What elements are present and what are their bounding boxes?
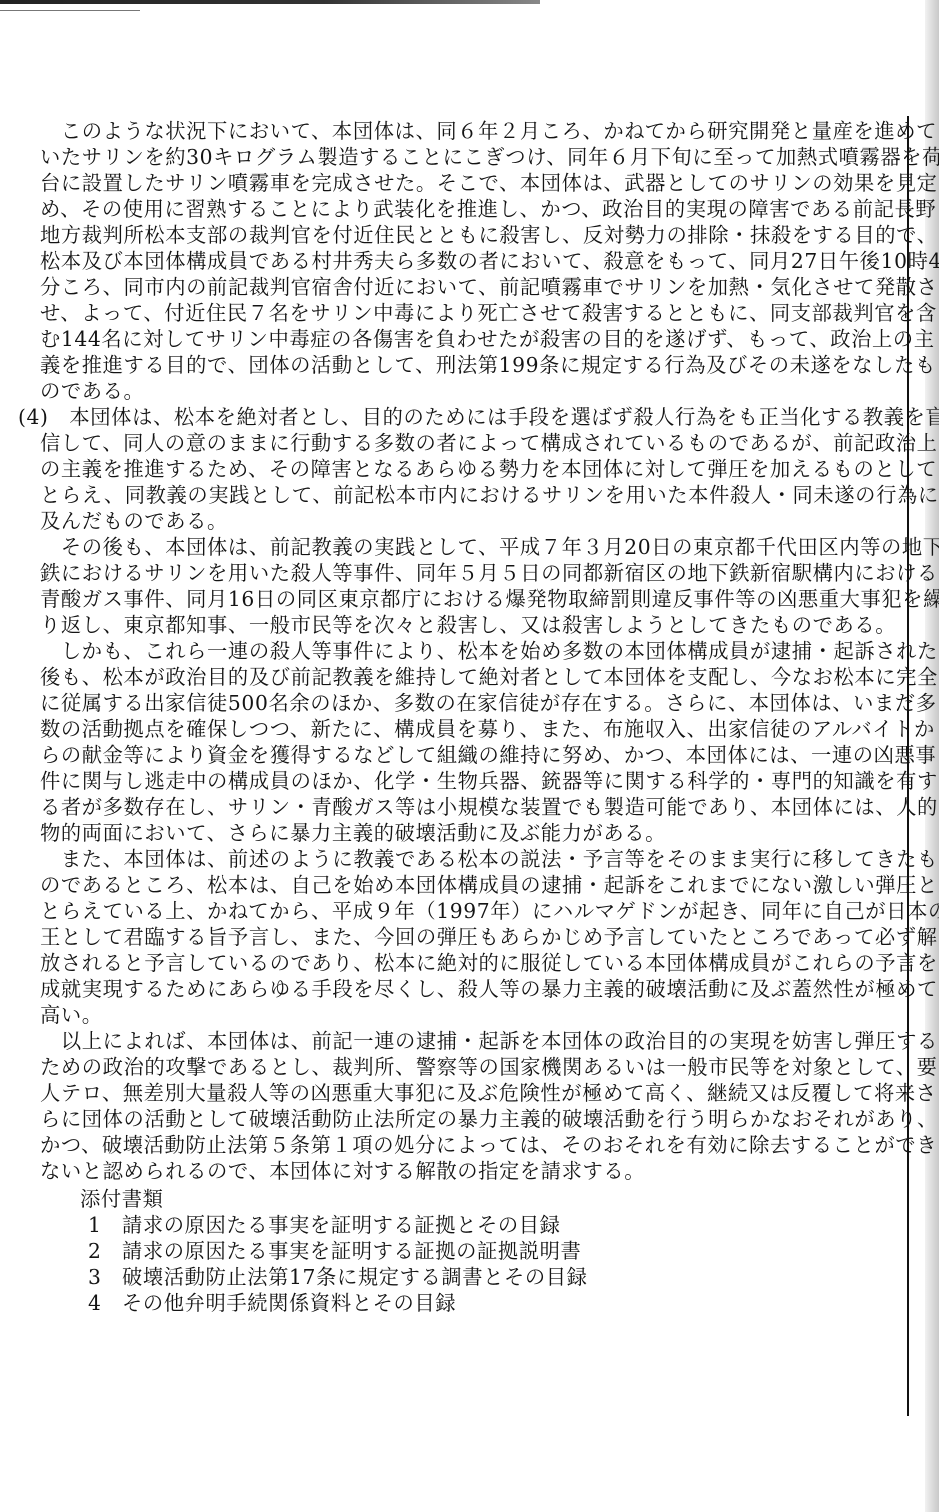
text-line: 王として君臨する旨予言し、また、今回の弾圧もあらかじめ予言していたところであって… xyxy=(40,924,906,950)
text-line: 鉄におけるサリンを用いた殺人等事件、同年５月５日の同都新宿区の地下鉄新宿駅構内に… xyxy=(40,560,906,586)
paragraph-organization-capacity: しかも、これら一連の殺人等事件により、松本を始め多数の本団体構成員が逮捕・起訴さ… xyxy=(40,638,906,846)
text-line: ないと認められるので、本団体に対する解散の指定を請求する。 xyxy=(40,1158,906,1184)
attachment-number: 3 xyxy=(88,1264,122,1290)
text-line: る者が多数存在し、サリン・青酸ガス等は小規模な装置でも製造可能であり、本団体には… xyxy=(40,794,906,820)
text-line: め、その使用に習熟することにより武装化を推進し、かつ、政治目的実現の障害である前… xyxy=(40,196,906,222)
text-line: 義を推進する目的で、団体の活動として、刑法第199条に規定する行為及びその未遂を… xyxy=(40,352,906,378)
text-line: 信して、同人の意のままに行動する多数の者によって構成されているものであるが、前記… xyxy=(40,430,906,456)
text-line: かつ、破壊活動防止法第５条第１項の処分によっては、そのおそれを有効に除去すること… xyxy=(40,1132,906,1158)
top-scan-edge-thin xyxy=(0,10,140,11)
text-line: 高い。 xyxy=(40,1002,906,1028)
text-line: 物的両面において、さらに暴力主義的破壊活動に及ぶ能力がある。 xyxy=(40,820,906,846)
text-line: 松本及び本団体構成員である村井秀夫ら多数の者において、殺意をもって、同月27日午… xyxy=(40,248,906,274)
text-line: その後も、本団体は、前記教義の実践として、平成７年３月20日の東京都千代田区内等… xyxy=(40,534,906,560)
attachment-number: 2 xyxy=(88,1238,122,1264)
text-line: のである。 xyxy=(40,378,906,404)
text-line: せ、よって、付近住民７名をサリン中毒により死亡させて殺害するとともに、同支部裁判… xyxy=(40,300,906,326)
attachment-text: 請求の原因たる事実を証明する証拠とその目録 xyxy=(122,1213,561,1237)
section-number: (4) xyxy=(18,405,49,429)
text-line: らに団体の活動として破壊活動防止法所定の暴力主義的破壊活動を行う明らかなおそれが… xyxy=(40,1106,906,1132)
text-line: む144名に対してサリン中毒症の各傷害を負わせたが殺害の目的を遂げず、もって、政… xyxy=(40,326,906,352)
text-line: 放されると予言しているのであり、松本に絶対的に服従している本団体構成員がこれらの… xyxy=(40,950,906,976)
attachment-number: 4 xyxy=(88,1290,122,1316)
attachments-section: 添付書類 1請求の原因たる事実を証明する証拠とその目録 2請求の原因たる事実を証… xyxy=(40,1186,906,1316)
attachment-text: 破壊活動防止法第17条に規定する調書とその目録 xyxy=(122,1265,588,1289)
text-line: り返し、東京都知事、一般市民等を次々と殺害し、又は殺害しようとしてきたものである… xyxy=(40,612,906,638)
text-line: 地方裁判所松本支部の裁判官を付近住民とともに殺害し、反対勢力の排除・抹殺をする目… xyxy=(40,222,906,248)
section-4: (4) 本団体は、松本を絶対者とし、目的のためには手段を選ばず殺人行為をも正当化… xyxy=(40,404,906,534)
text-line: 分ころ、同市内の前記裁判官宿舎付近において、前記噴霧車でサリンを加熱・気化させて… xyxy=(40,274,906,300)
text-line: の主義を推進するため、その障害となるあらゆる勢力を本団体に対して弾圧を加えるもの… xyxy=(40,456,906,482)
attachment-item: 4その他弁明手続関係資料とその目録 xyxy=(40,1290,906,1316)
text-line: 青酸ガス事件、同月16日の同区東京都庁における爆発物取締罰則違反事件等の凶悪重大… xyxy=(40,586,906,612)
paragraph-prophecy: また、本団体は、前述のように教義である松本の説法・予言等をそのまま実行に移してき… xyxy=(40,846,906,1028)
paragraph-subway-attacks: その後も、本団体は、前記教義の実践として、平成７年３月20日の東京都千代田区内等… xyxy=(40,534,906,638)
text-line: 人テロ、無差別大量殺人等の凶悪重大事犯に及ぶ危険性が極めて高く、継続又は反覆して… xyxy=(40,1080,906,1106)
text-line: しかも、これら一連の殺人等事件により、松本を始め多数の本団体構成員が逮捕・起訴さ… xyxy=(40,638,906,664)
text-line: 成就実現するためにあらゆる手段を尽くし、殺人等の暴力主義的破壊活動に及ぶ蓋然性が… xyxy=(40,976,906,1002)
text-line: 以上によれば、本団体は、前記一連の逮捕・起訴を本団体の政治目的の実現を妨害し弾圧… xyxy=(40,1028,906,1054)
text-line: 数の活動拠点を確保しつつ、新たに、構成員を募り、また、布施収入、出家信徒のアルバ… xyxy=(40,716,906,742)
paragraph-conclusion: 以上によれば、本団体は、前記一連の逮捕・起訴を本団体の政治目的の実現を妨害し弾圧… xyxy=(40,1028,906,1184)
text-line: らの献金等により資金を獲得するなどして組織の維持に努め、かつ、本団体には、一連の… xyxy=(40,742,906,768)
text-span: 本団体は、松本を絶対者とし、目的のためには手段を選ばず殺人行為をも正当化する教義… xyxy=(69,405,939,429)
section-4-first-line: (4) 本団体は、松本を絶対者とし、目的のためには手段を選ばず殺人行為をも正当化… xyxy=(18,404,906,430)
text-line: 後も、松本が政治目的及び前記教義を維持して絶対者として本団体を支配し、今なお松本… xyxy=(40,664,906,690)
document-page: このような状況下において、本団体は、同６年２月ころ、かねてから研究開発と量産を進… xyxy=(40,118,906,1316)
attachment-number: 1 xyxy=(88,1212,122,1238)
attachment-item: 1請求の原因たる事実を証明する証拠とその目録 xyxy=(40,1212,906,1238)
text-line: とらえている上、かねてから、平成９年（1997年）にハルマゲドンが起き、同年に自… xyxy=(40,898,906,924)
text-line: 台に設置したサリン噴霧車を完成させた。そこで、本団体は、武器としてのサリンの効果… xyxy=(40,170,906,196)
text-line: このような状況下において、本団体は、同６年２月ころ、かねてから研究開発と量産を進… xyxy=(40,118,906,144)
text-line: 及んだものである。 xyxy=(40,508,906,534)
text-line: に従属する出家信徒500名余のほか、多数の在家信徒が存在する。さらに、本団体は、… xyxy=(40,690,906,716)
attachment-text: その他弁明手続関係資料とその目録 xyxy=(122,1291,456,1315)
paragraph-sarin-matsumoto: このような状況下において、本団体は、同６年２月ころ、かねてから研究開発と量産を進… xyxy=(40,118,906,404)
text-line: ための政治的攻撃であるとし、裁判所、警察等の国家機関あるいは一般市民等を対象とし… xyxy=(40,1054,906,1080)
attachment-text: 請求の原因たる事実を証明する証拠の証拠説明書 xyxy=(122,1239,581,1263)
text-line: のであるところ、松本は、自己を始め本団体構成員の逮捕・起訴をこれまでにない激しい… xyxy=(40,872,906,898)
attachments-title: 添付書類 xyxy=(40,1186,906,1212)
text-line: いたサリンを約30キログラム製造することにこぎつけ、同年６月下旬に至って加熱式噴… xyxy=(40,144,906,170)
attachment-item: 2請求の原因たる事実を証明する証拠の証拠説明書 xyxy=(40,1238,906,1264)
text-line: とらえ、同教義の実践として、前記松本市内におけるサリンを用いた本件殺人・同未遂の… xyxy=(40,482,906,508)
text-line: 件に関与し逃走中の構成員のほか、化学・生物兵器、銃器等に関する科学的・専門的知識… xyxy=(40,768,906,794)
attachment-item: 3破壊活動防止法第17条に規定する調書とその目録 xyxy=(40,1264,906,1290)
top-scan-edge xyxy=(0,0,540,4)
text-line: また、本団体は、前述のように教義である松本の説法・予言等をそのまま実行に移してき… xyxy=(40,846,906,872)
